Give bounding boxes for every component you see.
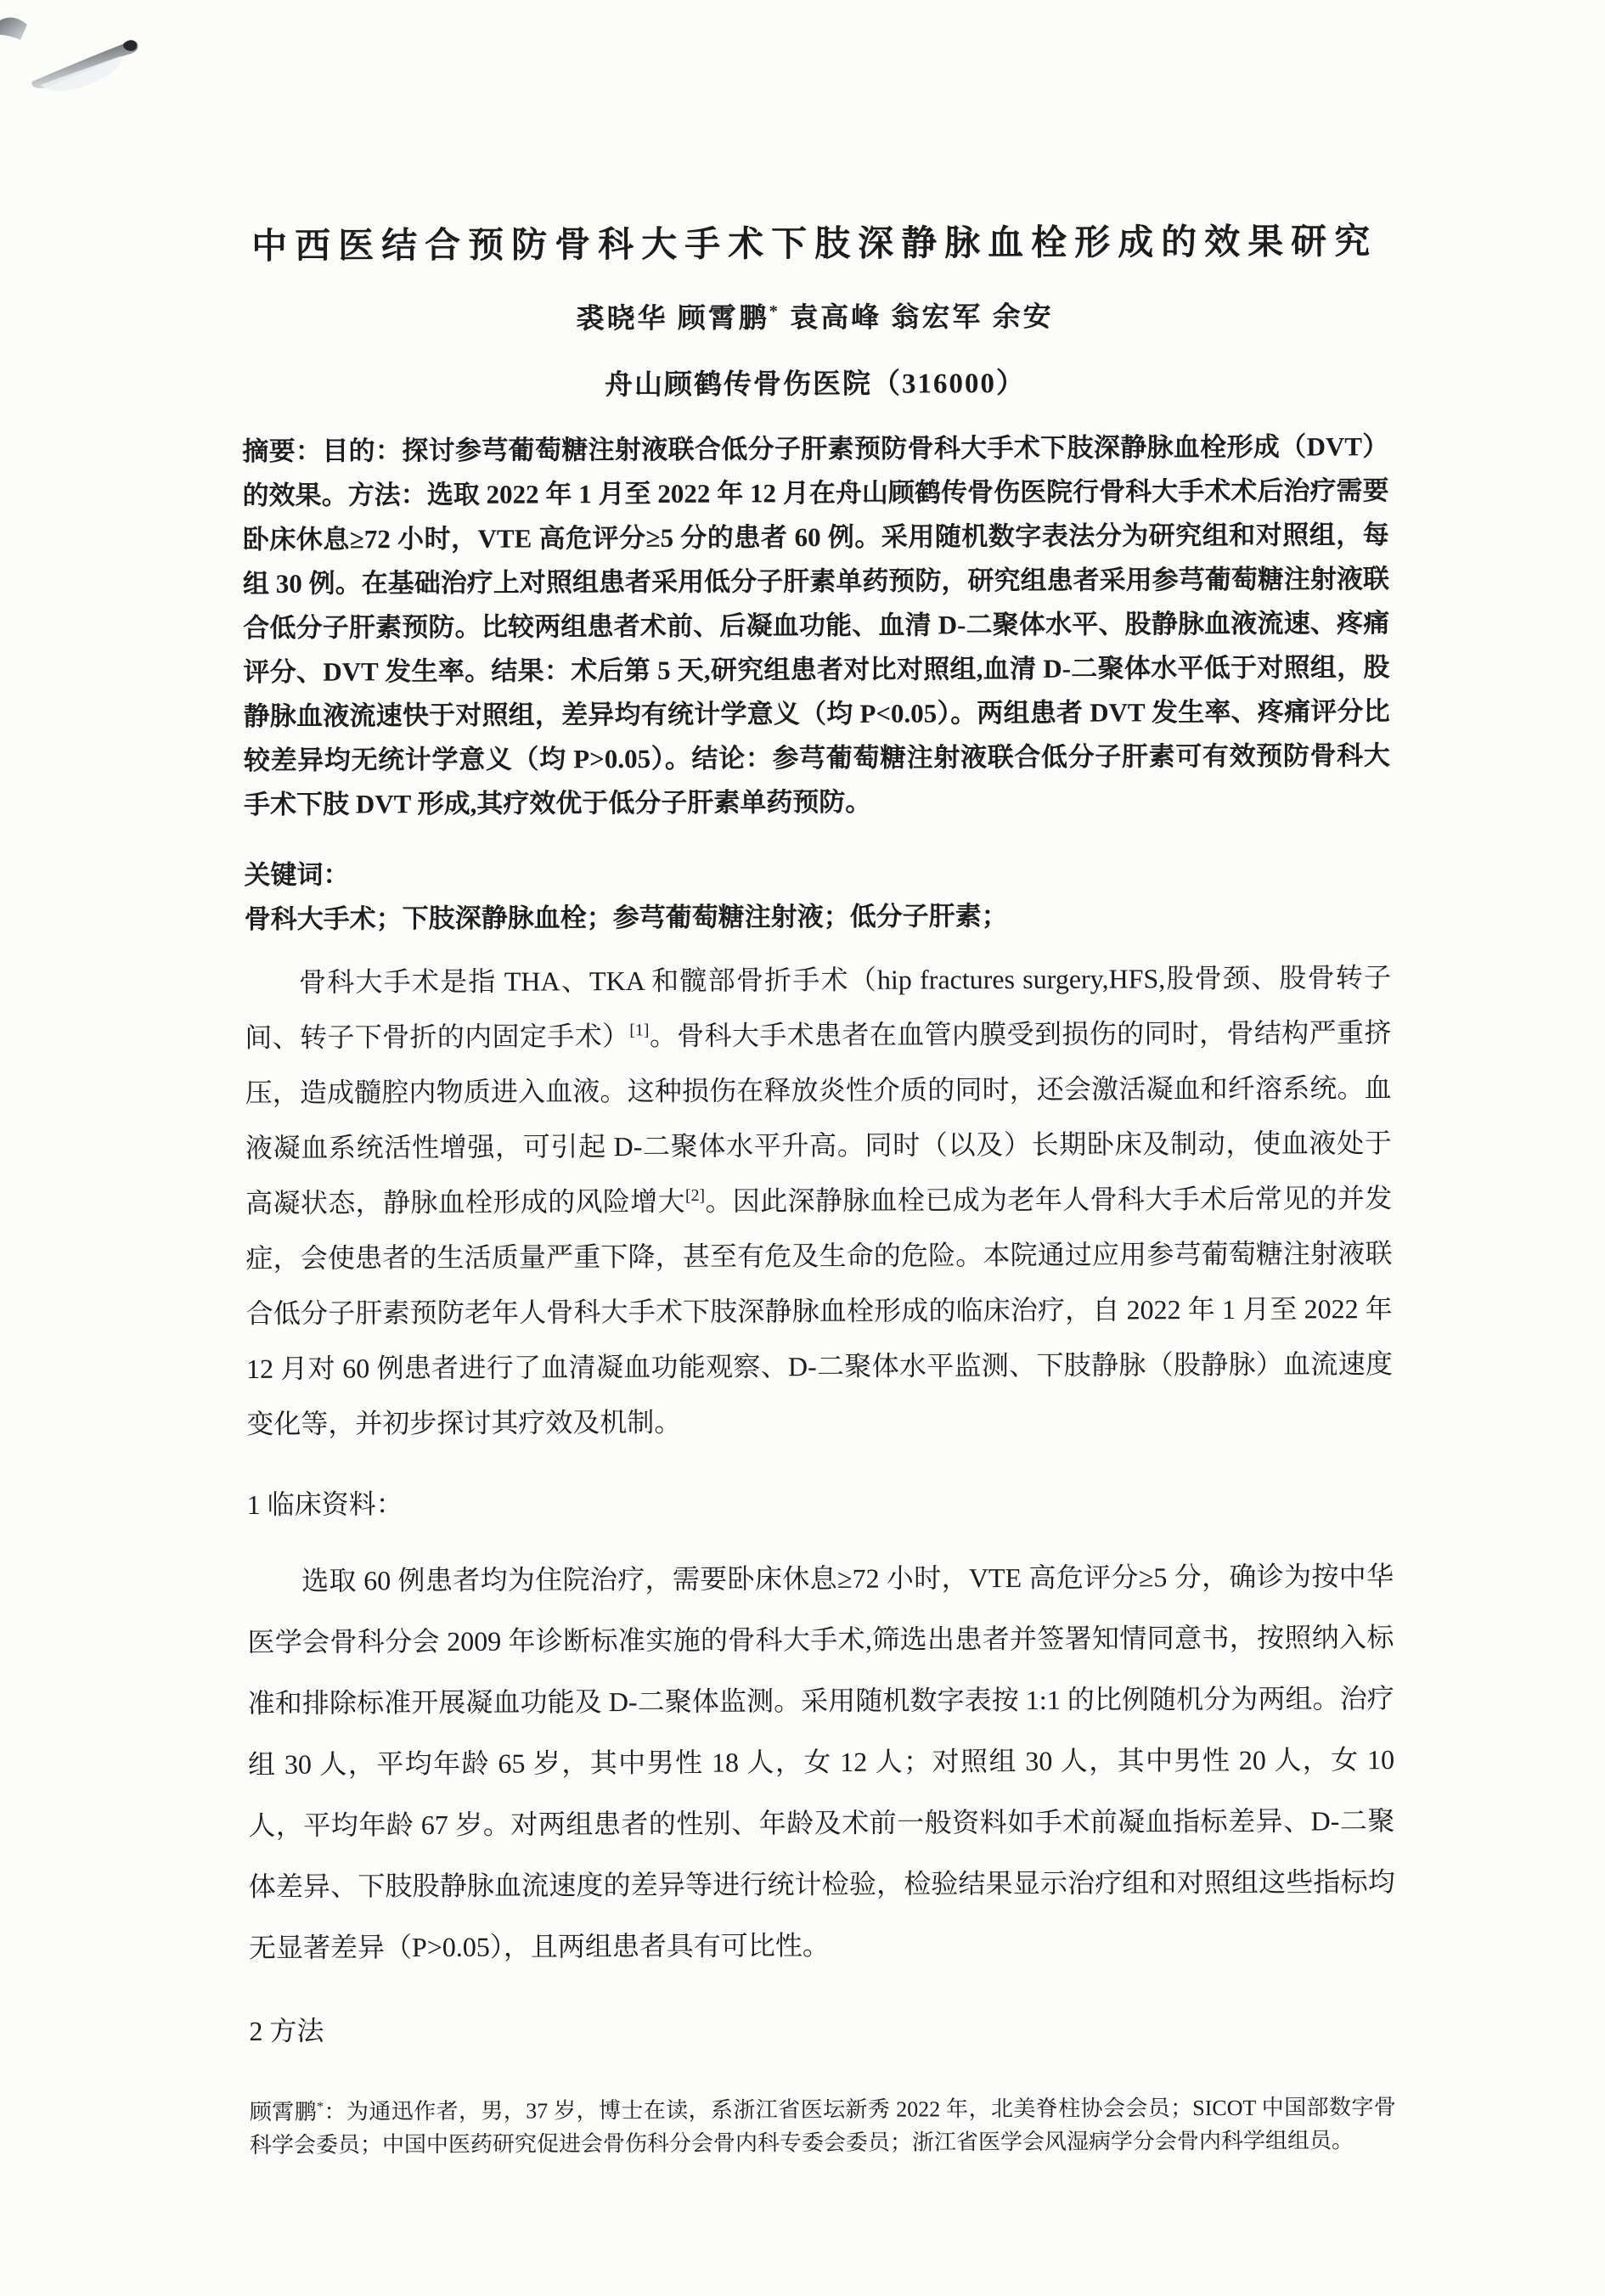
abstract-paragraph: 摘要：目的：探讨参芎葡萄糖注射液联合低分子肝素预防骨科大手术下肢深静脉血栓形成（…	[242, 425, 1390, 827]
keywords-line: 骨科大手术；下肢深静脉血栓；参芎葡萄糖注射液；低分子肝素；	[245, 892, 1391, 942]
clinical-data-paragraph: 选取 60 例患者均为住院治疗，需要卧床休息≥72 小时，VTE 高危评分≥5 …	[247, 1545, 1395, 1978]
corresponding-author-mark: *	[769, 302, 780, 321]
section-heading-clinical-data: 1 临床资料：	[247, 1483, 1394, 1522]
reference-mark-2: [2]	[685, 1186, 705, 1205]
authors-text: 裘晓华 顾霄鹏	[576, 303, 769, 335]
corresponding-author-footnote: 顾霄鹏*：为通迅作者，男，37 岁，博士在读，系浙江省医坛新秀 2022 年，北…	[250, 2091, 1396, 2162]
footnote-author-name: 顾霄鹏	[250, 2100, 317, 2124]
footnote-text: ：为通迅作者，男，37 岁，博士在读，系浙江省医坛新秀 2022 年，北美脊柱协…	[250, 2095, 1396, 2158]
paper-title: 中西医结合预防骨科大手术下肢深静脉血栓形成的效果研究	[241, 221, 1388, 268]
section-heading-methods: 2 方法	[249, 2009, 1395, 2048]
authors-line: 裘晓华 顾霄鹏* 袁高峰 翁宏军 余安	[242, 299, 1388, 338]
reference-mark-1: [1]	[629, 1021, 649, 1039]
scanner-clip-artifact	[0, 0, 178, 110]
affiliation-line: 舟山顾鹤传骨伤医院（316000）	[242, 365, 1388, 404]
scanned-paper-page: 中西医结合预防骨科大手术下肢深静脉血栓形成的效果研究 裘晓华 顾霄鹏* 袁高峰 …	[0, 0, 1605, 2296]
introduction-paragraph: 骨科大手术是指 THA、TKA 和髋部骨折手术（hip fractures su…	[245, 950, 1394, 1452]
keywords-label: 关键词：	[244, 848, 1390, 898]
intro-text-3: 。因此深静脉血栓已成为老年人骨科大手术后常见的并发症，会使患者的生活质量严重下降…	[245, 1183, 1393, 1439]
page-content-column: 中西医结合预防骨科大手术下肢深静脉血栓形成的效果研究 裘晓华 顾霄鹏* 袁高峰 …	[240, 0, 1396, 2184]
authors-text-cont: 袁高峰 翁宏军 余安	[780, 302, 1054, 334]
